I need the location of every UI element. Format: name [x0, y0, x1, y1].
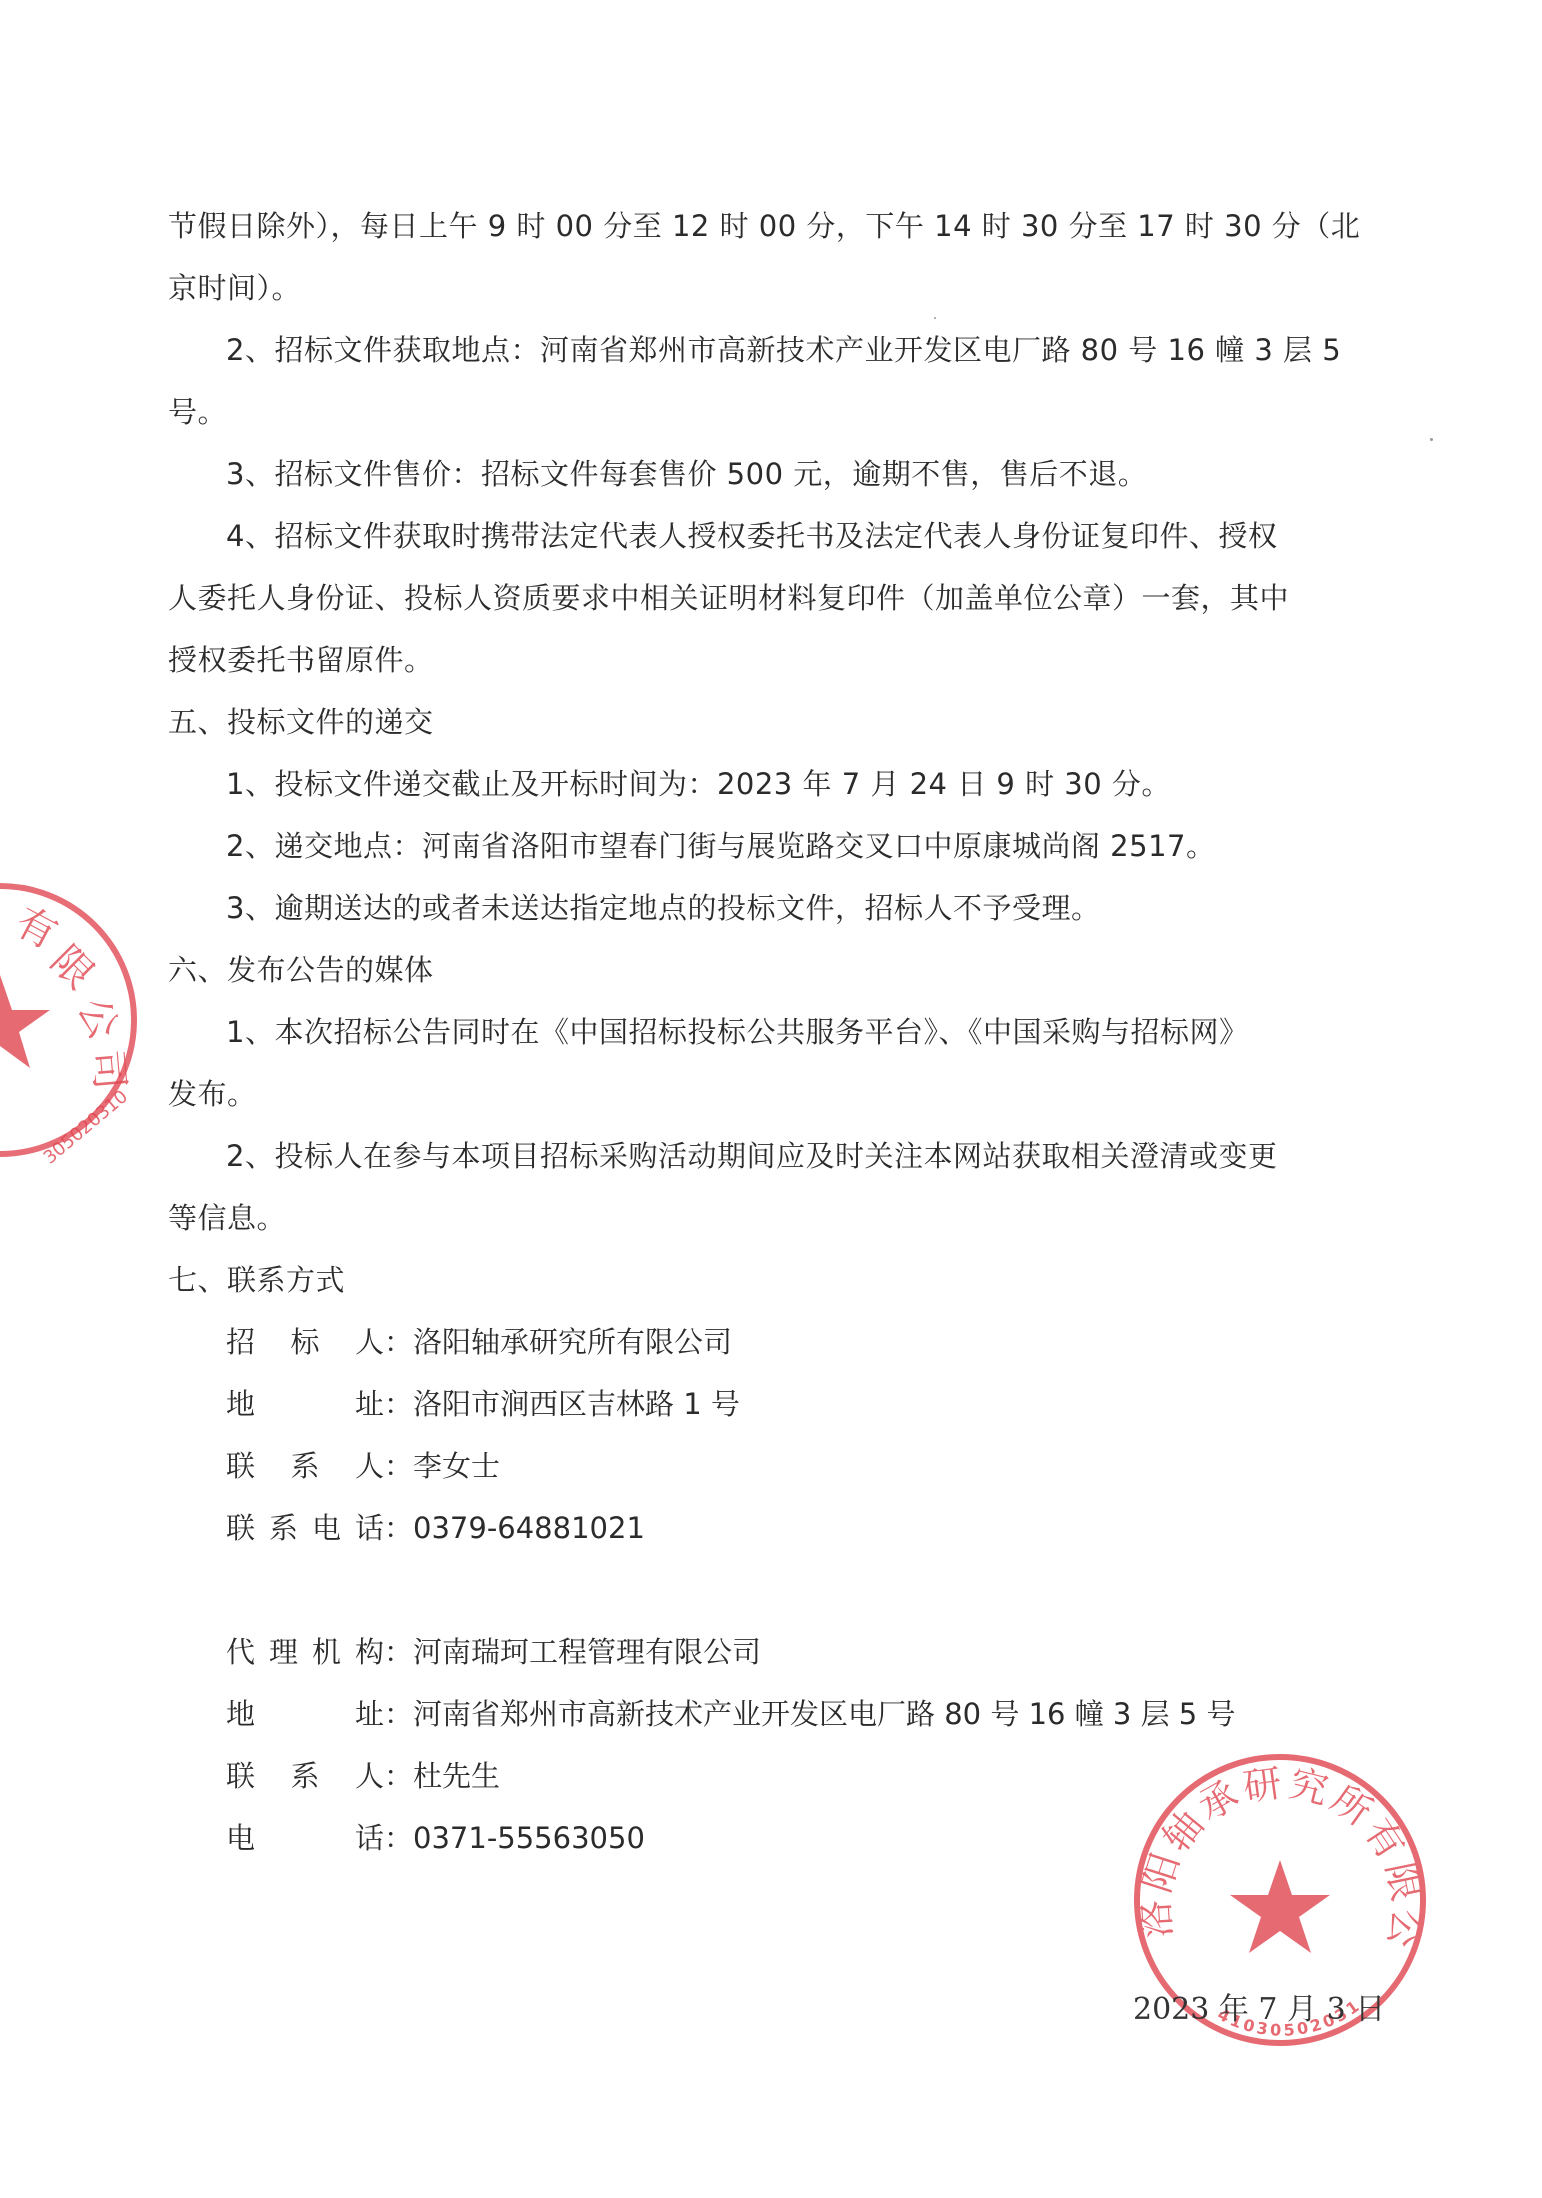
item-2-line-1: 2、招标文件获取地点：河南省郑州市高新技术产业开发区电厂路 80 号 16 幢 … [226, 330, 1341, 370]
contact-label: 联系电话 [226, 1508, 384, 1548]
svg-text:305020310: 305020310 [40, 1086, 132, 1168]
colon: ： [384, 1756, 413, 1796]
section-6-item-2-line-1: 2、投标人在参与本项目招标采购活动期间应及时关注本网站获取相关澄清或变更 [226, 1136, 1277, 1176]
colon: ： [384, 1694, 413, 1734]
section-6-item-1-line-2: 发布。 [168, 1074, 257, 1114]
contact-value: 0371-55563050 [413, 1821, 645, 1855]
svg-text:有: 有 [8, 899, 65, 958]
tenderer-contact-row: 联 系 人：李女士 [226, 1446, 500, 1486]
contact-label: 联 系 人 [226, 1756, 384, 1796]
item-4-line-2: 人委托人身份证、投标人资质要求中相关证明材料复印件（加盖单位公章）一套，其中 [168, 578, 1289, 618]
continuation-line-2: 京时间）。 [168, 268, 301, 308]
item-2-line-2: 号。 [168, 392, 227, 432]
contact-value: 杜先生 [413, 1759, 500, 1793]
scan-speck [1430, 438, 1433, 441]
colon: ： [384, 1322, 413, 1362]
contact-label: 地 址 [226, 1384, 384, 1424]
section-5-heading: 五、投标文件的递交 [168, 702, 434, 742]
colon: ： [384, 1632, 413, 1672]
colon: ： [384, 1384, 413, 1424]
contact-label: 电 话 [226, 1818, 384, 1858]
section-6-item-2-line-2: 等信息。 [168, 1198, 286, 1238]
agency-name-row: 代理机构：河南瑞珂工程管理有限公司 [226, 1632, 761, 1672]
section-6-item-1-line-1: 1、本次招标公告同时在《中国招标投标公共服务平台》、《中国采购与招标网》 [226, 1012, 1248, 1052]
tenderer-address-row: 地 址：洛阳市涧西区吉林路 1 号 [226, 1384, 740, 1424]
tenderer-name-row: 招 标 人：洛阳轴承研究所有限公司 [226, 1322, 732, 1362]
contact-value: 洛阳轴承研究所有限公司 [413, 1325, 732, 1359]
section-5-item-3: 3、逾期送达的或者未送达指定地点的投标文件，招标人不予受理。 [226, 888, 1100, 928]
agency-phone-row: 电 话：0371-55563050 [226, 1818, 645, 1858]
contact-value: 河南瑞珂工程管理有限公司 [413, 1635, 761, 1669]
svg-text:公: 公 [68, 991, 127, 1047]
continuation-line-1: 节假日除外），每日上午 9 时 00 分至 12 时 00 分，下午 14 时 … [168, 206, 1360, 246]
contact-value: 0379-64881021 [413, 1511, 645, 1545]
colon: ： [384, 1818, 413, 1858]
svg-text:限: 限 [42, 937, 103, 998]
section-7-heading: 七、联系方式 [168, 1260, 345, 1300]
section-6-heading: 六、发布公告的媒体 [168, 950, 434, 990]
agency-address-row: 地 址：河南省郑州市高新技术产业开发区电厂路 80 号 16 幢 3 层 5 号 [226, 1694, 1235, 1734]
item-3-line-1: 3、招标文件售价：招标文件每套售价 500 元，逾期不售，售后不退。 [226, 454, 1147, 494]
contact-label: 招 标 人 [226, 1322, 384, 1362]
colon: ： [384, 1446, 413, 1486]
document-date: 2023 年 7 月 3 日 [1133, 1990, 1385, 2030]
section-5-item-1: 1、投标文件递交截止及开标时间为：2023 年 7 月 24 日 9 时 30 … [226, 764, 1171, 804]
tenderer-phone-row: 联系电话：0379-64881021 [226, 1508, 645, 1548]
partial-company-seal: 有 限 公 司 305020310 [0, 860, 140, 1180]
item-4-line-1: 4、招标文件获取时携带法定代表人授权委托书及法定代表人身份证复印件、授权 [226, 516, 1277, 556]
scan-speck [934, 317, 936, 319]
contact-value: 李女士 [413, 1449, 500, 1483]
contact-value: 河南省郑州市高新技术产业开发区电厂路 80 号 16 幢 3 层 5 号 [413, 1697, 1235, 1731]
contact-label: 联 系 人 [226, 1446, 384, 1486]
item-4-line-3: 授权委托书留原件。 [168, 640, 434, 680]
contact-label: 代理机构 [226, 1632, 384, 1672]
section-5-item-2: 2、递交地点：河南省洛阳市望春门街与展览路交叉口中原康城尚阁 2517。 [226, 826, 1215, 866]
svg-text:司: 司 [83, 1048, 132, 1092]
contact-label: 地 址 [226, 1694, 384, 1734]
agency-contact-row: 联 系 人：杜先生 [226, 1756, 500, 1796]
contact-value: 洛阳市涧西区吉林路 1 号 [413, 1387, 740, 1421]
colon: ： [384, 1508, 413, 1548]
